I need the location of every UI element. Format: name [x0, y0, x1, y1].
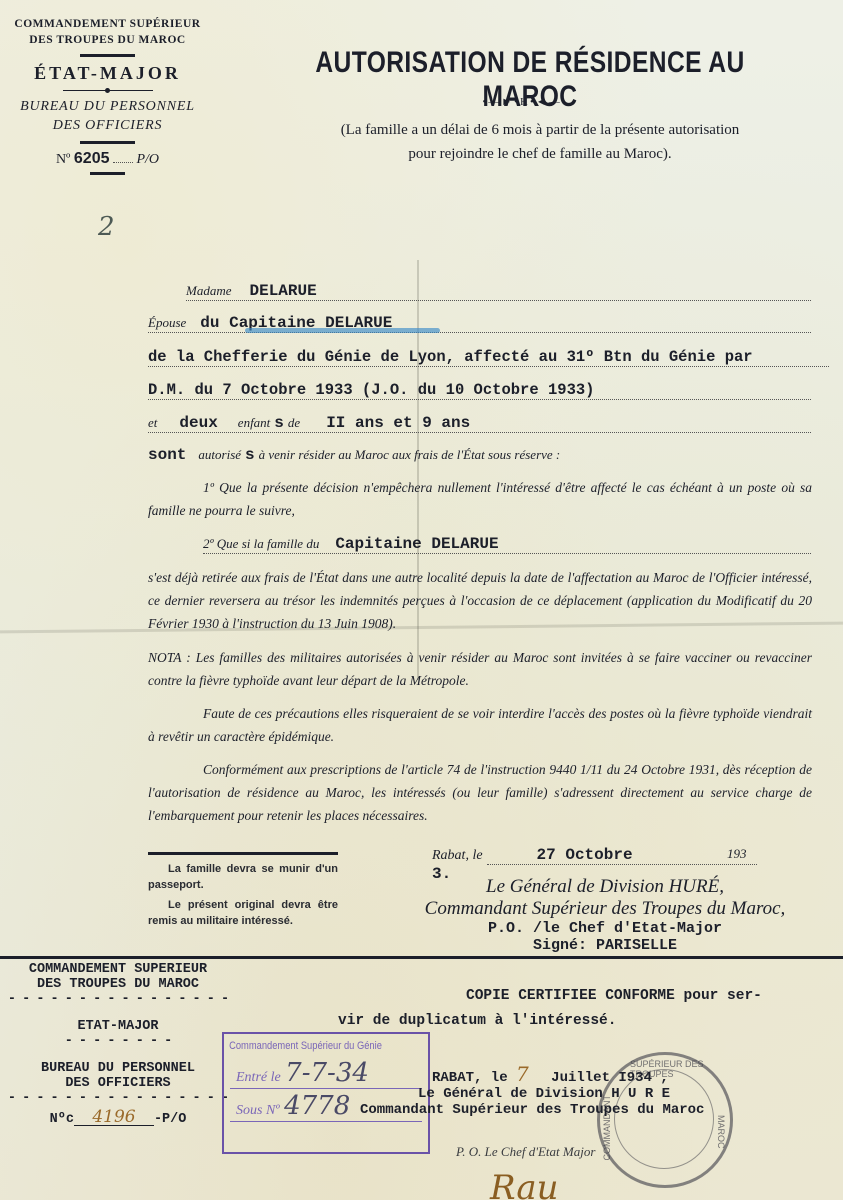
document-subtitle: (La famille a un délai de 6 mois à parti… — [270, 118, 810, 166]
title-ornament: •—►•H•◄—• — [425, 96, 625, 108]
ornament-divider — [63, 90, 153, 91]
field-madame: Madame DELARUE — [186, 282, 811, 301]
divider — [148, 852, 338, 855]
condition-2-field: 2º Que si la famille du Capitaine DELARU… — [203, 535, 811, 554]
children-ages: II ans et 9 ans — [326, 414, 470, 432]
copy-reference-number: Nºc4196-P/O — [0, 1110, 236, 1127]
copy-certification-cont: vir de duplicatum à l'intéressé. — [338, 1013, 616, 1029]
handwritten-signature: Rau — [490, 1168, 559, 1200]
bureau-line-2: DES OFFICIERS — [0, 116, 215, 135]
pencil-annotation: 2 — [98, 212, 115, 242]
children-count: deux — [179, 414, 217, 432]
field-decision: D.M. du 7 Octobre 1933 (J.O. du 10 Octob… — [148, 381, 811, 400]
blue-pencil-underline — [245, 328, 440, 333]
divider — [80, 54, 135, 57]
copy-signature-block: RABAT, le 7 Juillet I934 , Le Général de… — [360, 1066, 830, 1118]
issuer-line-2: DES TROUPES DU MAROC — [0, 32, 215, 48]
signature-block: Le Général de Division HURÉ, Commandant … — [390, 876, 820, 954]
divider — [80, 141, 135, 144]
faute-paragraph: Faute de ces précautions elles risquerai… — [148, 702, 812, 748]
etat-major-heading: ÉTAT-MAJOR — [0, 63, 215, 84]
condition-1: 1º Que la présente décision n'empêchera … — [148, 476, 812, 522]
header-issuer: COMMANDEMENT SUPÉRIEUR DES TROUPES DU MA… — [0, 16, 215, 181]
reference-number: Nº 6205 P/O — [0, 150, 215, 168]
condition-2-text: s'est déjà retirée aux frais de l'État d… — [148, 566, 812, 635]
field-children: et deux enfant s de II ans et 9 ans — [148, 414, 811, 433]
field-authorization: sont autorisé s à venir résider au Maroc… — [148, 446, 811, 464]
stamp-number: 4778 — [284, 1091, 350, 1121]
po-chef-etat-major: P. O. Le Chef d'Etat Major — [456, 1144, 595, 1160]
divider — [90, 172, 125, 175]
stamp-entry-date: 7-7-34 — [285, 1058, 369, 1088]
nota-paragraph: NOTA : Les familles des militaires autor… — [148, 646, 812, 692]
madame-name: DELARUE — [250, 282, 317, 300]
copy-issuer: COMMANDEMENT SUPERIEUR DES TROUPES DU MA… — [0, 962, 236, 1127]
conformement-paragraph: Conformément aux prescriptions de l'arti… — [148, 758, 812, 827]
copy-certification: COPIE CERTIFIEE CONFORME pour ser- — [440, 978, 830, 1014]
field-unit: de la Chefferie du Génie de Lyon, affect… — [148, 348, 829, 367]
sidenote: La famille devra se munir d'un passeport… — [148, 852, 338, 929]
reference-number-value: 6205 — [74, 150, 110, 167]
section-divider — [0, 956, 843, 959]
bureau-line-1: BUREAU DU PERSONNEL — [0, 97, 215, 116]
issuer-line-1: COMMANDEMENT SUPÉRIEUR — [0, 16, 215, 32]
